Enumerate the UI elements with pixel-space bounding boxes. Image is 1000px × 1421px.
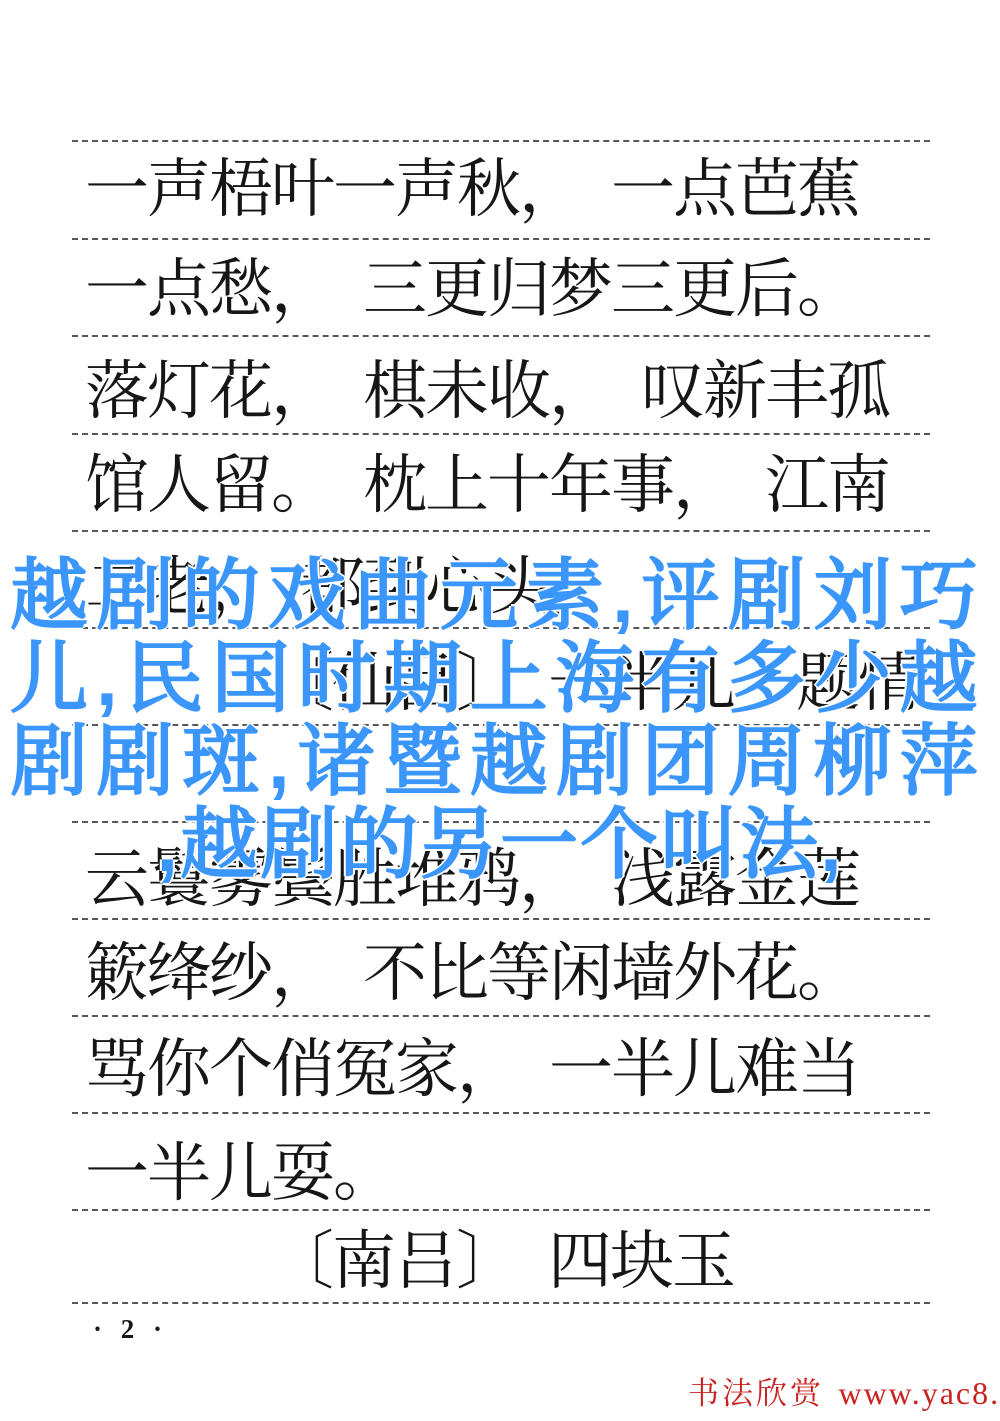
ruled-guide-line bbox=[72, 140, 930, 142]
scanned-calligraphy-page: 一声梧叶一声秋， 一点芭蕉一点愁， 三更归梦三更后。落灯花， 棋未收， 叹新丰孤… bbox=[0, 0, 1000, 1421]
ruled-guide-line bbox=[72, 433, 930, 435]
keyword-overlay-text: 越剧的戏曲元素,评剧刘巧 儿,民国时期上海有多少越 剧剧斑,诸暨越剧团周柳萍 ,… bbox=[0, 554, 1000, 886]
calligraphy-row: 簌绛纱， 不比等闲墙外花。 bbox=[85, 942, 859, 1006]
watermark-site-url: www.yac8.com bbox=[838, 1375, 1000, 1411]
ruled-guide-line bbox=[72, 530, 930, 532]
ruled-guide-line bbox=[72, 1112, 930, 1114]
calligraphy-row: 一声梧叶一声秋， 一点芭蕉 bbox=[85, 158, 859, 222]
watermark-site-name: 书法欣赏 bbox=[688, 1376, 824, 1411]
calligraphy-row: 〔南吕〕 四块玉 bbox=[270, 1230, 734, 1294]
page-number: · 2 · bbox=[93, 1314, 168, 1345]
ruled-guide-line bbox=[72, 918, 930, 920]
calligraphy-row: 一点愁， 三更归梦三更后。 bbox=[85, 258, 859, 322]
ruled-guide-line bbox=[72, 1015, 930, 1017]
ruled-guide-line bbox=[72, 238, 930, 240]
ruled-guide-line bbox=[72, 335, 930, 337]
calligraphy-row: 一半儿耍。 bbox=[85, 1142, 395, 1206]
overlay-line-2: 儿,民国时期上海有多少越 bbox=[10, 637, 1000, 720]
overlay-line-4: ,越剧的另一个叫法, bbox=[0, 803, 1000, 886]
ruled-guide-line bbox=[72, 1302, 930, 1304]
overlay-line-3: 剧剧斑,诸暨越剧团周柳萍 bbox=[10, 720, 1000, 803]
calligraphy-row: 骂你个俏冤家， 一半儿难当 bbox=[85, 1038, 859, 1102]
yac8-watermark: 书法欣赏 www.yac8.com bbox=[688, 1368, 1000, 1413]
overlay-line-1: 越剧的戏曲元素,评剧刘巧 bbox=[10, 554, 1000, 637]
calligraphy-row: 落灯花， 棋未收， 叹新丰孤 bbox=[85, 360, 889, 424]
calligraphy-row: 馆人留。 枕上十年事， 江南 bbox=[85, 454, 889, 518]
